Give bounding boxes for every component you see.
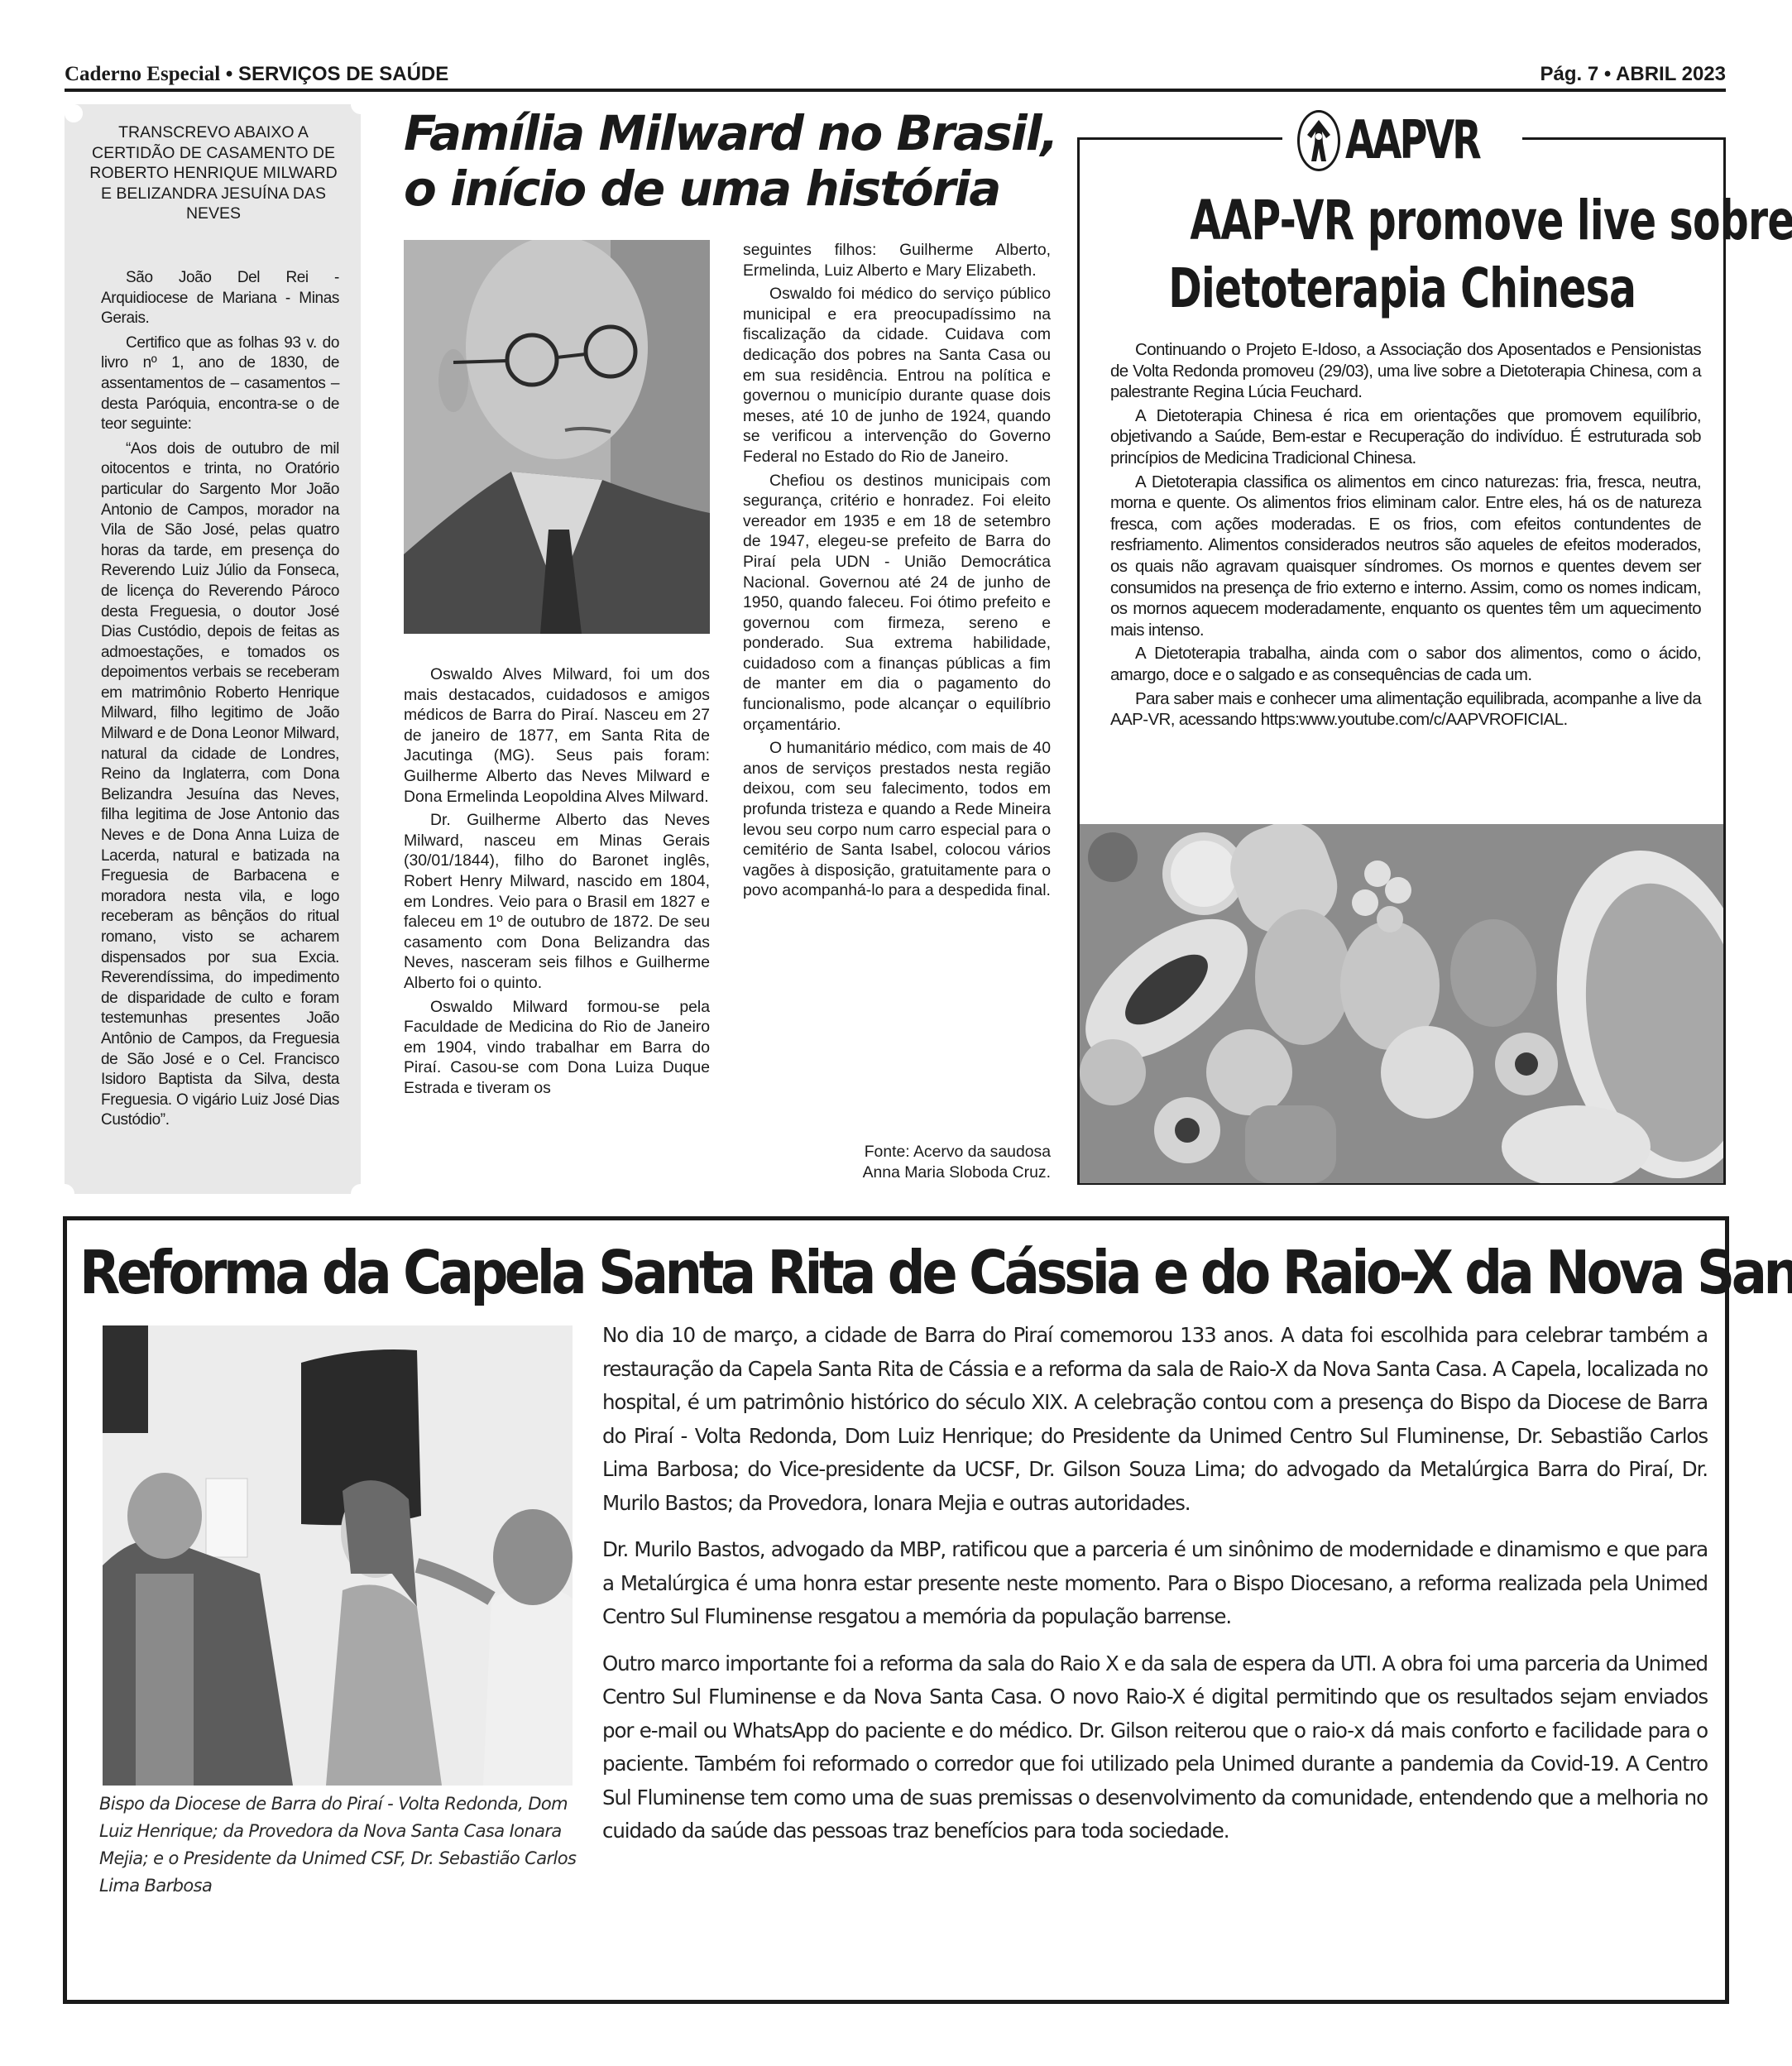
section-name: SERVIÇOS DE SAÚDE	[238, 63, 448, 85]
corner-notch	[55, 94, 74, 114]
milward-article-column-1: Oswaldo Alves Milward, foi um dos mais d…	[404, 664, 710, 1101]
photo-source-credit: Fonte: Acervo da saudosa Anna Maria Slob…	[743, 1142, 1051, 1182]
certificate-body: São João Del Rei - Arquidiocese de Maria…	[101, 268, 339, 1135]
headline-text: Reforma da Capela Santa Rita de Cássia e…	[79, 1239, 1792, 1306]
fruits-photo	[1080, 824, 1723, 1183]
article-paragraph: Chefiou os destinos municipais com segur…	[743, 471, 1051, 736]
headline-line: o início de uma história	[404, 161, 1057, 217]
header-divider	[65, 89, 1726, 92]
aapvr-headline: AAP-VR promove live sobre Dietoterapia C…	[1084, 187, 1721, 323]
aapvr-logo: AAPVR	[1297, 108, 1531, 174]
headline-line: Dietoterapia Chinesa	[1169, 255, 1636, 323]
fruits-illustration	[1080, 824, 1723, 1183]
section-prefix: Caderno Especial	[65, 63, 220, 85]
corner-notch	[55, 1184, 74, 1204]
headline-line: Família Milward no Brasil,	[404, 106, 1057, 161]
ceremony-photo	[103, 1325, 573, 1786]
article-paragraph: Para saber mais e conhecer uma alimentaç…	[1110, 688, 1701, 731]
article-paragraph: A Dietoterapia classifica os alimentos e…	[1110, 472, 1701, 641]
milward-article-headline: Família Milward no Brasil, o início de u…	[404, 106, 1057, 217]
certificate-paragraph: “Aos dois de outubro de mil oitocentos e…	[101, 439, 339, 1131]
article-paragraph: No dia 10 de março, a cidade de Barra do…	[602, 1319, 1708, 1520]
article-paragraph: Oswaldo Milward formou-se pela Faculdade…	[404, 997, 710, 1099]
portrait-illustration	[404, 240, 710, 634]
capela-article-body: No dia 10 de março, a cidade de Barra do…	[602, 1319, 1708, 1862]
source-line: Anna Maria Sloboda Cruz.	[743, 1162, 1051, 1183]
certificate-title: TRANSCREVO ABAIXO A CERTIDÃO DE CASAMENT…	[89, 122, 338, 224]
portrait-photo	[404, 240, 710, 634]
ceremony-illustration	[103, 1325, 573, 1786]
person-arms-raised-icon	[1297, 110, 1340, 171]
certificate-paragraph: Certifico que as folhas 93 v. do livro n…	[101, 333, 339, 435]
headline-line: AAP-VR promove live sobre	[1190, 187, 1792, 255]
aapvr-wordmark: AAPVR	[1345, 114, 1479, 167]
aapvr-article-body: Continuando o Projeto E-Idoso, a Associa…	[1110, 339, 1701, 733]
page-header-section: Caderno Especial • SERVIÇOS DE SAÚDE	[65, 63, 448, 86]
certificate-box: TRANSCREVO ABAIXO A CERTIDÃO DE CASAMENT…	[65, 104, 361, 1194]
article-paragraph: A Dietoterapia trabalha, ainda com o sab…	[1110, 643, 1701, 685]
milward-article-column-2: seguintes filhos: Guilherme Alberto, Erm…	[743, 240, 1051, 904]
source-line: Fonte: Acervo da saudosa	[743, 1142, 1051, 1162]
corner-notch	[351, 94, 371, 114]
capela-article-headline: Reforma da Capela Santa Rita de Cássia e…	[79, 1239, 1718, 1306]
article-paragraph: seguintes filhos: Guilherme Alberto, Erm…	[743, 240, 1051, 280]
certificate-paragraph: São João Del Rei - Arquidiocese de Maria…	[101, 268, 339, 329]
article-paragraph: Continuando o Projeto E-Idoso, a Associa…	[1110, 339, 1701, 403]
page-number-date: Pág. 7 • ABRIL 2023	[1540, 63, 1727, 86]
article-paragraph: Dr. Guilherme Alberto das Neves Milward,…	[404, 810, 710, 993]
article-paragraph: Outro marco importante foi a reforma da …	[602, 1647, 1708, 1848]
article-paragraph: O humanitário médico, com mais de 40 ano…	[743, 738, 1051, 901]
article-paragraph: A Dietoterapia Chinesa é rica em orienta…	[1110, 405, 1701, 469]
header-separator: •	[220, 63, 238, 85]
article-paragraph: Oswaldo foi médico do serviço público mu…	[743, 284, 1051, 467]
ceremony-photo-caption: Bispo da Diocese de Barra do Piraí - Vol…	[99, 1790, 579, 1900]
corner-notch	[351, 1184, 371, 1204]
article-paragraph: Oswaldo Alves Milward, foi um dos mais d…	[404, 664, 710, 807]
article-paragraph: Dr. Murilo Bastos, advogado da MBP, rati…	[602, 1533, 1708, 1634]
